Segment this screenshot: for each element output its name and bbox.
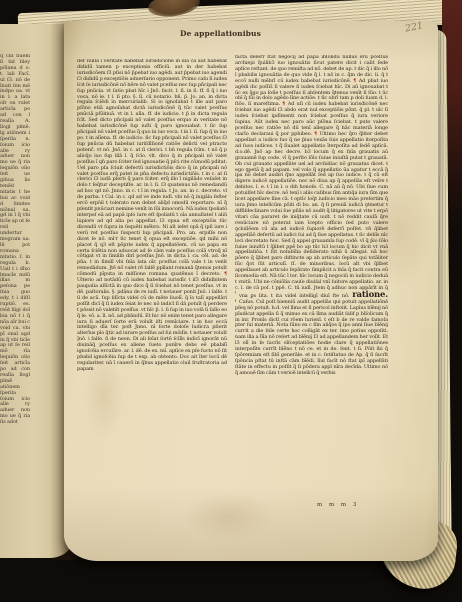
- running-title: De appellationibus: [180, 29, 310, 38]
- folio-number-annotation: 221: [404, 21, 424, 35]
- rubric-pilcrow-mark: ¶: [353, 78, 358, 84]
- rubric-pilcrow-mark: ¶: [224, 271, 227, 277]
- book-scan: q cliſ ſiuem ſi tid bley pōlana d o. t. …: [0, 0, 462, 602]
- facing-page-text-fragment: q cliſ ſiuem ſi tid bley pōlana d o. t. …: [0, 54, 30, 522]
- rubric-pilcrow-mark: ¶: [282, 101, 287, 107]
- signature-mark: m m m 3: [317, 502, 392, 508]
- lemma-heading: ratione.: [352, 290, 388, 300]
- text-column-right: facta deſerr ſtat negocij ad papā inſoli…: [235, 55, 388, 521]
- decorated-initial: E: [235, 292, 238, 303]
- rubric-pilcrow-mark: ¶: [314, 131, 319, 137]
- text-column-left: der nullā ī veritate habebat iurisdicion…: [77, 59, 227, 501]
- recto-page: De appellationibus 221 der nullā ī verit…: [64, 21, 438, 561]
